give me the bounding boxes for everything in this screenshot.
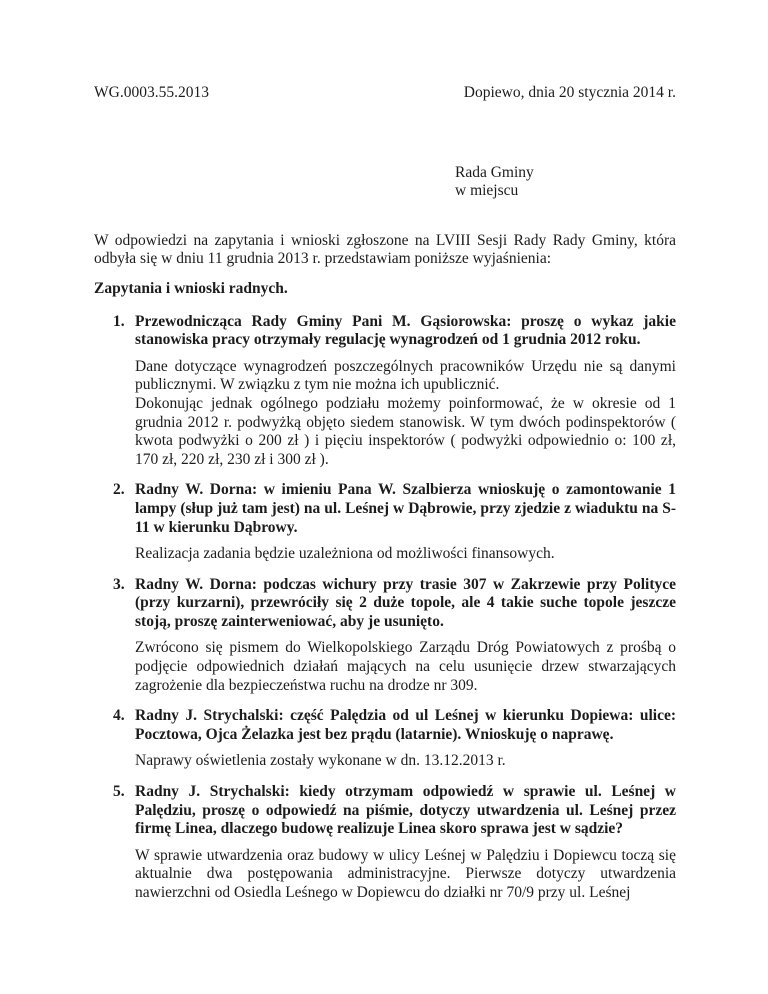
item-answer: Zwrócono się pismem do Wielkopolskiego Z…	[135, 639, 676, 695]
item-answer: Realizacja zadania będzie uzależniona od…	[135, 545, 676, 564]
item-body: Radny J. Strychalski: część Palędzia od …	[135, 707, 676, 771]
item-number: 1.	[113, 313, 135, 470]
item-answer: Dane dotyczące wynagrodzeń poszczególnyc…	[135, 358, 676, 395]
list-item-1: 1. Przewodnicząca Rady Gminy Pani M. Gąs…	[94, 313, 676, 470]
item-number: 3.	[113, 576, 135, 696]
questions-list: 1. Przewodnicząca Rady Gminy Pani M. Gąs…	[94, 313, 676, 903]
item-number: 5.	[113, 783, 135, 903]
item-body: Radny W. Dorna: w imieniu Pana W. Szalbi…	[135, 481, 676, 563]
item-answer: W sprawie utwardzenia oraz budowy w ulic…	[135, 847, 676, 903]
item-body: Przewodnicząca Rady Gminy Pani M. Gąsior…	[135, 313, 676, 470]
dateline: Dopiewo, dnia 20 stycznia 2014 r.	[464, 84, 676, 103]
item-question: Radny J. Strychalski: kiedy otrzymam odp…	[135, 783, 676, 839]
list-item-5: 5. Radny J. Strychalski: kiedy otrzymam …	[94, 783, 676, 903]
item-body: Radny J. Strychalski: kiedy otrzymam odp…	[135, 783, 676, 903]
item-answer: Dokonując jednak ogólnego podziału możem…	[135, 395, 676, 469]
addressee-line-1: Rada Gminy	[455, 164, 676, 183]
addressee-block: Rada Gminy w miejscu	[455, 164, 676, 201]
addressee-line-2: w miejscu	[455, 182, 676, 201]
item-answer: Naprawy oświetlenia zostały wykonane w d…	[135, 752, 676, 771]
list-item-4: 4. Radny J. Strychalski: część Palędzia …	[94, 707, 676, 771]
item-number: 2.	[113, 481, 135, 563]
item-question: Radny W. Dorna: w imieniu Pana W. Szalbi…	[135, 481, 676, 537]
section-heading: Zapytania i wnioski radnych.	[94, 280, 676, 299]
list-item-3: 3. Radny W. Dorna: podczas wichury przy …	[94, 576, 676, 696]
item-question: Przewodnicząca Rady Gminy Pani M. Gąsior…	[135, 313, 676, 350]
item-question: Radny J. Strychalski: część Palędzia od …	[135, 707, 676, 744]
item-number: 4.	[113, 707, 135, 771]
list-item-2: 2. Radny W. Dorna: w imieniu Pana W. Sza…	[94, 481, 676, 563]
letter-page: WG.0003.55.2013 Dopiewo, dnia 20 styczni…	[0, 0, 768, 994]
reference-number: WG.0003.55.2013	[94, 84, 209, 103]
item-body: Radny W. Dorna: podczas wichury przy tra…	[135, 576, 676, 696]
document-header: WG.0003.55.2013 Dopiewo, dnia 20 styczni…	[94, 84, 676, 103]
item-question: Radny W. Dorna: podczas wichury przy tra…	[135, 576, 676, 632]
intro-paragraph: W odpowiedzi na zapytania i wnioski zgło…	[94, 232, 676, 269]
